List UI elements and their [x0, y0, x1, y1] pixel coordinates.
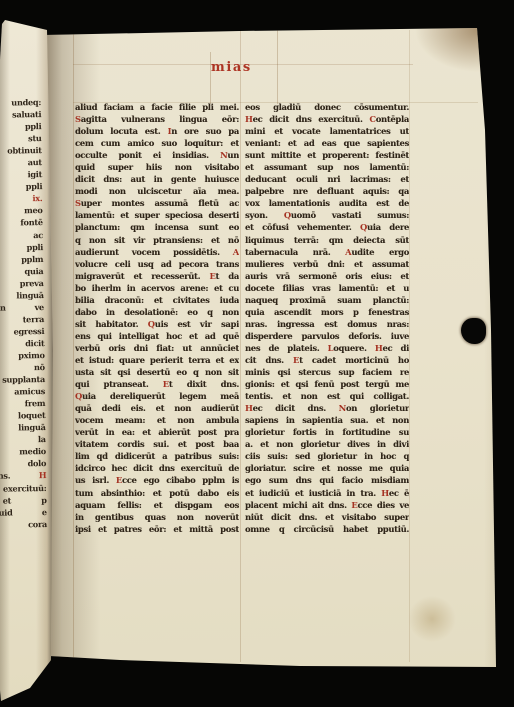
text-line: ego sum dns qui facio misdiam — [245, 474, 409, 486]
text-line: Hec dicit dns. Non glorietur — [245, 402, 409, 414]
text-line: naqueq proximā suam planctū: — [245, 294, 409, 306]
text-line: cem cum amico suo loquitur: et — [75, 137, 239, 149]
text-line: audierunt vocem possidētis. A — [75, 246, 239, 258]
parchment-stain — [408, 596, 456, 642]
text-line: verbū oris dni fiat: ut annūciet — [75, 342, 239, 354]
text-line: ipsi et patres eōr: et mittā post — [75, 523, 239, 535]
text-line: deducant oculi nri lacrimas: et — [245, 173, 409, 185]
text-line: idcirco hec dicit dns exercituū de — [75, 462, 239, 474]
text-line: verūt in ea: et abierūt post pra — [75, 426, 239, 438]
rubric-letter: A — [345, 247, 351, 257]
rubric-letter: H — [245, 114, 253, 124]
rubric-letter: S — [75, 198, 81, 208]
text-line: mini et vocate lamentatrices ut — [245, 125, 409, 137]
text-line: migraverūt et recesserūt. Et da — [75, 270, 239, 282]
text-line: Quia dereliquerūt legem meā — [75, 390, 239, 402]
rubric-letter: E — [209, 271, 215, 281]
text-line: dabo in desolationē: eo q non — [75, 306, 239, 318]
rubric-letter: H — [39, 470, 47, 480]
text-line: lim qd didicerūt a patribus suis: — [75, 450, 239, 462]
text-line: tabernacula nrā. Audite ergo — [245, 246, 409, 258]
text-line: quid super hiis non visitabo — [75, 161, 239, 173]
text-line: niūt dicit dns. et visitabo super — [245, 511, 409, 523]
text-line: glorietur fortis in fortitudine su — [245, 426, 409, 438]
rubric-letter: N — [220, 150, 227, 160]
text-line: tentis. et non est qui colligat. — [245, 390, 409, 402]
rubric-letter: E — [116, 475, 122, 485]
rubric-letter: H — [375, 343, 383, 353]
text-line: dicit dns: aut in gente huiusce — [75, 173, 239, 185]
rubric-letter: L — [328, 343, 334, 353]
rubric-letter: I — [168, 126, 172, 136]
text-column-left: aliud faciam a facie filie pli mei.Sagit… — [75, 101, 239, 535]
text-line: cit dns. Et cadet morticinū ho — [245, 354, 409, 366]
rubric-letter: E — [163, 379, 169, 389]
text-column-right: eos gladiū donec cōsumentur.Hec dicit dn… — [245, 101, 409, 535]
text-line: Hec dicit dns exercituū. Contēpla — [245, 113, 409, 125]
text-line: Sagitta vulnerans lingua eōr: — [75, 113, 239, 125]
text-line: aliud faciam a facie filie pli mei. — [75, 101, 239, 113]
ruling-line — [73, 30, 74, 662]
text-line: auris vrā sermonē oris eius: et — [245, 270, 409, 282]
text-line: et iudiciū et iusticiā in tra. Hec ē — [245, 487, 409, 499]
text-line: et istud: quare perierit terra et ex — [75, 354, 239, 366]
text-line: sit habitator. Quis est vir sapi — [75, 318, 239, 330]
text-line: a. et non glorietur dives in divi — [245, 438, 409, 450]
rubric-letter: H — [245, 403, 253, 413]
text-line: disperdere parvulos deforis. iuve — [245, 330, 409, 342]
text-line: dolum locuta est. In ore suo pa — [75, 125, 239, 137]
text-line: sunt mittite et properent: festinēt — [245, 149, 409, 161]
text-line: syon. Quomō vastati sumus: — [245, 209, 409, 221]
rubric-letter: Q — [148, 319, 155, 329]
text-line: palpebre nre defluant aquis: qa — [245, 185, 409, 197]
text-line: tum absinthio: et potū dabo eis — [75, 487, 239, 499]
text-line: Super montes assumā fletū ac — [75, 197, 239, 209]
rubric-letter: E — [351, 500, 357, 510]
rubric-letter: Q — [284, 210, 291, 220]
rubric-letter: Q — [75, 391, 82, 401]
parchment-hole — [461, 318, 486, 344]
text-line: us isrl. Ecce ego cibabo pplm is — [75, 474, 239, 486]
rubric-letter: Q — [360, 222, 367, 232]
text-line: planctum: qm incensa sunt eo — [75, 221, 239, 233]
running-header: mias — [211, 60, 252, 75]
text-line: bo iherlm in acervos arene: et cu — [75, 282, 239, 294]
text-line: et assumant sup nos lamentū: — [245, 161, 409, 173]
text-line: bilia draconū: et civitates iuda — [75, 294, 239, 306]
text-line: nras. ingressa est domus nras: — [245, 318, 409, 330]
text-line: veniant: et ad eas que sapientes — [245, 137, 409, 149]
ruling-line — [277, 30, 278, 104]
text-line: nes de plateis. Loquere. Hec di — [245, 342, 409, 354]
text-line: mulieres verbū dni: et assumat — [245, 258, 409, 270]
text-line: gloriatur. scire et nosse me quia — [245, 462, 409, 474]
text-line: aquam fellis: et dispgam eos — [75, 499, 239, 511]
text-line: vitatem cordis sui. et post baa — [75, 438, 239, 450]
text-line: qui ptranseat. Et dixit dns. — [75, 378, 239, 390]
text-line: quia ascendit mors p fenestras — [245, 306, 409, 318]
text-line: volucre celi usq ad pecora trans — [75, 258, 239, 270]
text-line: gionis: et qsi fenū post tergū me — [245, 378, 409, 390]
text-line: quā dedi eis. et non audierūt — [75, 402, 239, 414]
left-page-text-fragments: imur undeq:t nos saluatine filie pplirit… — [0, 96, 47, 532]
rubric-letter: H — [381, 488, 389, 498]
text-line: q non sit vir ptransiens: et nō — [75, 234, 239, 246]
text-line: liquimus terrā: qm deiecta sūt — [245, 234, 409, 246]
ruling-line — [409, 30, 410, 662]
rubric-letter: C — [369, 114, 375, 124]
main-page: mias aliud faciam a facie filie pli mei.… — [0, 0, 514, 707]
rubric-letter: N — [339, 403, 346, 413]
ruling-line — [240, 30, 241, 662]
edge-text-line: alio ms cora — [0, 518, 47, 532]
rubric-letter: E — [293, 355, 299, 365]
book-photo: { "colors": { "background": "#060605", "… — [0, 0, 514, 707]
text-line: sapiens in sapientia sua. et non — [245, 414, 409, 426]
rubric-letter: S — [75, 114, 81, 124]
text-line: vox lamentationis audita est de — [245, 197, 409, 209]
text-line: et cōfusi vehementer. Quia dere — [245, 221, 409, 233]
text-line: omne q circūcisū habet pputiū. — [245, 523, 409, 535]
text-line: occulte ponit ei insidias. Nun — [75, 149, 239, 161]
text-line: ens qui intelligat hoc et ad quē — [75, 330, 239, 342]
text-line: vocem meam: et non ambula — [75, 414, 239, 426]
text-line: modi non ulciscetur aīa mea. — [75, 185, 239, 197]
text-line: ciis suis: sed glorietur in hoc q — [245, 450, 409, 462]
text-line: lamentū: et super speciosa deserti — [75, 209, 239, 221]
text-line: usta sit qsi desertū eo q non sit — [75, 366, 239, 378]
text-line: docete filias vras lamentū: et u — [245, 282, 409, 294]
text-line: in gentibus quas non noverūt — [75, 511, 239, 523]
rubric-letter: A — [233, 247, 239, 257]
text-line: eos gladiū donec cōsumentur. — [245, 101, 409, 113]
text-line: placent michi ait dns. Ecce dies ve — [245, 499, 409, 511]
text-line: minis qsi stercus sup faciem re — [245, 366, 409, 378]
